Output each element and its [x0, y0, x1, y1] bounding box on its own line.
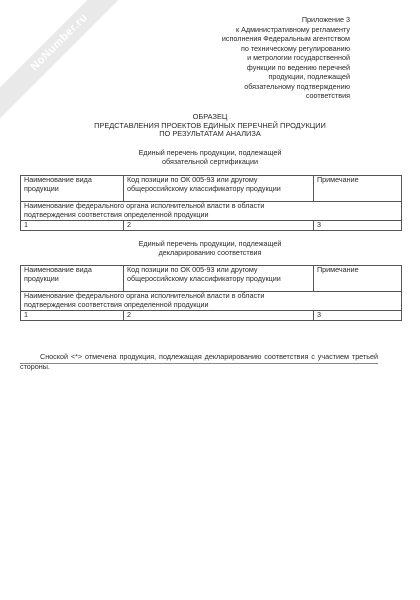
- number-cell: 3: [314, 310, 402, 320]
- appendix-line: по техническому регулированию: [130, 44, 350, 54]
- footnote: Сноской <*> отмечена продукция, подлежащ…: [20, 352, 378, 371]
- header-cell-note: Примечание: [314, 176, 402, 202]
- table-header-row: Наименование вида продукции Код позиции …: [21, 266, 402, 292]
- section-heading-declaration: Единый перечень продукции, подлежащей де…: [0, 239, 420, 258]
- appendix-line: функции по ведению перечней: [130, 63, 350, 73]
- watermark-text: NoNumber.ru: [30, 13, 90, 73]
- appendix-line: обязательному подтверждению: [130, 82, 350, 92]
- header-cell-note: Примечание: [314, 266, 402, 292]
- heading-line: декларированию соответствия: [0, 248, 420, 257]
- table-number-row: 1 2 3: [21, 220, 402, 230]
- title-line: ПО РЕЗУЛЬТАТАМ АНАЛИЗА: [0, 130, 420, 139]
- section-heading-certification: Единый перечень продукции, подлежащей об…: [0, 148, 420, 167]
- appendix-line: продукции, подлежащей: [130, 72, 350, 82]
- heading-line: Единый перечень продукции, подлежащей: [0, 239, 420, 248]
- certification-table: Наименование вида продукции Код позиции …: [20, 175, 402, 231]
- header-cell-code: Код позиции по ОК 005-93 или другому общ…: [124, 266, 314, 292]
- table-authority-row: Наименование федерального органа исполни…: [21, 292, 402, 311]
- number-cell: 2: [124, 310, 314, 320]
- number-cell: 2: [124, 220, 314, 230]
- table-authority-row: Наименование федерального органа исполни…: [21, 202, 402, 221]
- authority-text: Наименование федерального органа исполни…: [24, 202, 309, 220]
- authority-text: Наименование федерального органа исполни…: [24, 292, 309, 310]
- table-number-row: 1 2 3: [21, 310, 402, 320]
- authority-cell: Наименование федерального органа исполни…: [21, 292, 402, 311]
- appendix-note: Приложение 3 к Административному регламе…: [130, 15, 350, 101]
- declaration-table: Наименование вида продукции Код позиции …: [20, 265, 402, 321]
- document-title: ОБРАЗЕЦ ПРЕДСТАВЛЕНИЯ ПРОЕКТОВ ЕДИНЫХ ПЕ…: [0, 113, 420, 139]
- footnote-separator-rule: [20, 363, 378, 364]
- appendix-line: к Административному регламенту: [130, 25, 350, 35]
- header-cell-code: Код позиции по ОК 005-93 или другому общ…: [124, 176, 314, 202]
- number-cell: 1: [21, 220, 124, 230]
- heading-line: обязательной сертификации: [0, 157, 420, 166]
- number-cell: 1: [21, 310, 124, 320]
- heading-line: Единый перечень продукции, подлежащей: [0, 148, 420, 157]
- footnote-text: Сноской <*> отмечена продукция, подлежащ…: [20, 352, 378, 371]
- appendix-line: соответствия: [130, 91, 350, 101]
- table-header-row: Наименование вида продукции Код позиции …: [21, 176, 402, 202]
- appendix-line: и метрологии государственной: [130, 53, 350, 63]
- number-cell: 3: [314, 220, 402, 230]
- appendix-line: исполнения Федеральным агентством: [130, 34, 350, 44]
- authority-cell: Наименование федерального органа исполни…: [21, 202, 402, 221]
- header-cell-product-name: Наименование вида продукции: [21, 266, 124, 292]
- appendix-line: Приложение 3: [130, 15, 350, 25]
- watermark-ribbon: NoNumber.ru: [0, 0, 138, 121]
- header-cell-product-name: Наименование вида продукции: [21, 176, 124, 202]
